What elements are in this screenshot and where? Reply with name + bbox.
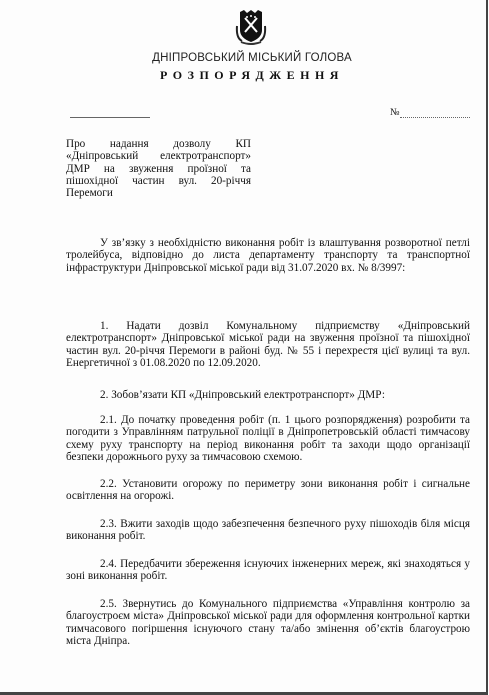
organization-title: ДНІПРОВСЬКИЙ МІСЬКИЙ ГОЛОВА (0, 52, 486, 64)
document-subject: Про надання дозволу КП «Дніпровський еле… (66, 138, 251, 199)
item-1: 1. Надати дозвіл Комунальному підприємст… (66, 320, 470, 369)
item-2-5: 2.5. Звернутись до Комунального підприєм… (66, 598, 470, 647)
preamble: У зв’язку з необхідністю виконання робіт… (66, 237, 470, 274)
item-2-4: 2.4. Передбачити збереження існуючих інж… (66, 558, 470, 583)
coat-of-arms-icon (234, 8, 268, 46)
item-2-3: 2.3. Вжити заходів щодо забезпечення без… (66, 518, 470, 543)
number-label: № (390, 107, 400, 118)
item-2-2: 2.2. Установити огорожу по периметру зон… (66, 478, 470, 503)
number-blank-line (400, 117, 470, 118)
date-blank-line (70, 117, 150, 118)
item-2: 2. Зобов’язати КП «Дніпровський електрот… (66, 389, 470, 401)
item-2-1: 2.1. До початку проведення робіт (п. 1 ц… (66, 414, 470, 463)
document-page: ДНІПРОВСЬКИЙ МІСЬКИЙ ГОЛОВА РОЗПОРЯДЖЕНН… (0, 0, 488, 695)
document-type: РОЗПОРЯДЖЕННЯ (0, 68, 486, 83)
